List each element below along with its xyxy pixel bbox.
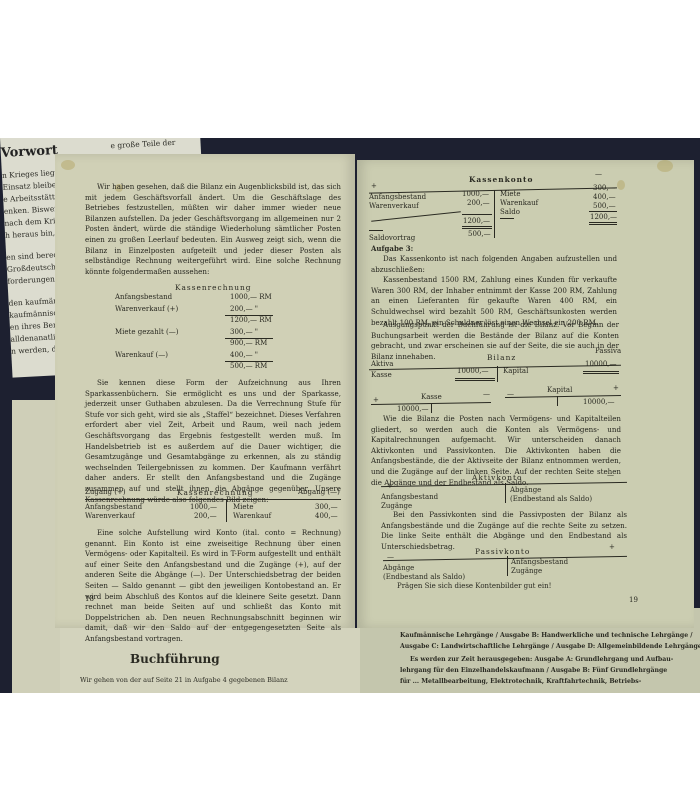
staffel-title: Kassenrechnung [175,283,251,292]
closing-sentence: Prägen Sie sich diese Kontenbilder gut e… [397,582,551,590]
minus-sign: — [607,471,614,479]
kk-left-value: 200,— [467,199,490,207]
bilanz-title: Bilanz [487,353,516,362]
page-number-18: 18 [85,595,94,603]
bg-line: Wir gehen von der auf Seite 21 in Aufgab… [80,676,288,684]
staffel-value: 200,— " [230,305,258,313]
bilanz-right-value: 10000,— [585,360,617,368]
bilanz-left-value: 10000,— [457,367,489,375]
konto-paragraph: Eine solche Aufstellung wird Konto (ital… [85,528,341,645]
passiva-label: Passiva [595,347,621,355]
staffel-value: 500,— RM [230,362,267,370]
kk-left-total: 1200,— [463,217,490,225]
kk-right-label: Miete [500,190,521,198]
aktiv-right: Abgänge [510,486,541,494]
kk-left-label: Anfangsbestand [369,193,426,201]
aktiv-left: Zugänge [381,502,412,510]
t-account-title: Kassenrechnung [177,488,253,497]
aufgabe-title: Aufgabe 3: [371,244,413,253]
staffel-value: 300,— " [230,328,258,336]
t-left-label: Anfangsbestand [85,503,142,511]
aktivkonto-title: Aktivkonto [472,473,522,482]
kapital-konto-value: 10000,— [583,398,615,406]
abgang-header: Abgang (—) [298,488,340,496]
t-right-label: Miete [233,503,254,511]
buchfuehrung-title: Buchführung [130,652,220,666]
aktiv-left: Anfangsbestand [381,493,438,501]
kk-right-total: 1200,— [590,213,617,221]
staffel-value: 1000,— RM [230,293,272,301]
kk-right-value: 500,— [593,202,616,210]
bg-line: Es werden zur Zeit herausgegeben: Ausgab… [410,654,673,665]
bg-line: Ausgabe C: Landwirtschaftliche Lehrgänge… [400,641,700,652]
minus-sign: — [595,170,602,178]
passiv-right: Zugänge [511,567,542,575]
page-18: Wir haben gesehen, daß die Bilanz ein Au… [55,154,355,628]
photo-scene: Vorwort e große Teile der n Krieges lieg… [0,138,700,693]
kk-right-value: 300,— [593,184,616,192]
kasse-konto-value: 10000,— [397,405,429,413]
passivkonto-title: Passivkonto [475,547,530,556]
t-right-value: 400,— [315,512,338,520]
kk-carry-label: Saldovortrag [369,234,415,242]
plus-sign: + [609,543,615,551]
kk-carry-value: 500,— [468,230,491,238]
kk-right-label: Warenkauf [500,199,538,207]
sparkasse-paragraph: Sie kennen diese Form der Aufzeichnung a… [85,378,341,505]
zugang-header: Zugang (+) [85,488,126,496]
page-19: + Kassenkonto — Anfangsbestand 1000,— Wa… [357,160,694,628]
passiv-right: Anfangsbestand [511,558,568,566]
t-left-label: Warenverkauf [85,512,135,520]
kk-left-label: Warenverkauf [369,202,419,210]
vorwort-title: Vorwort [0,143,58,161]
kapital-konto-title: Kapital [547,386,572,394]
t-right-value: 300,— [315,503,338,511]
aktiva-label: Aktiva [371,360,393,368]
aufgabe-text: Das Kassenkonto ist nach folgenden Angab… [371,254,617,328]
passiv-left: (Endbestand als Saldo) [383,573,465,581]
bg-line: e große Teile der [110,138,175,153]
aktiv-right: (Endbestand als Saldo) [510,495,592,503]
t-left-value: 200,— [194,512,217,520]
passiv-left: Abgänge [383,564,414,572]
kk-right-value: 400,— [593,193,616,201]
staffel-label: Warenkauf (—) [115,351,168,359]
staffel-label: Warenverkauf (+) [115,305,178,313]
plus-sign: + [371,182,377,190]
plus-sign: + [613,384,619,392]
kk-left-value: 1000,— [462,190,489,198]
staffel-label: Anfangsbestand [115,293,172,301]
kk-right-label: Saldo [500,208,520,216]
staffel-value: 900,— RM [230,339,267,347]
intro-paragraph: Wir haben gesehen, daß die Bilanz ein Au… [85,182,341,277]
minus-sign: — [483,390,490,398]
staffel-label: Miete gezahlt (—) [115,328,178,336]
bilanz-left-label: Kasse [371,371,392,379]
t-right-label: Warenkauf [233,512,271,520]
staffel-value: 400,— " [230,351,258,359]
t-left-value: 1000,— [190,503,217,511]
page-number-19: 19 [629,596,638,604]
kasse-konto-title: Kasse [421,393,442,401]
plus-sign: + [373,396,379,404]
bg-line: Kaufmännische Lehrgänge / Ausgabe B: Han… [400,630,693,641]
kassenkonto-title: Kassenkonto [469,175,533,184]
bg-line: für ... Metallbearbeitung, Elektrotechni… [400,676,641,687]
staffel-value: 1200,— RM [230,316,272,324]
bilanz-right-label: Kapital [503,367,528,375]
bg-line: lehrgang für den Einzelhandelskaufmann /… [400,665,667,676]
